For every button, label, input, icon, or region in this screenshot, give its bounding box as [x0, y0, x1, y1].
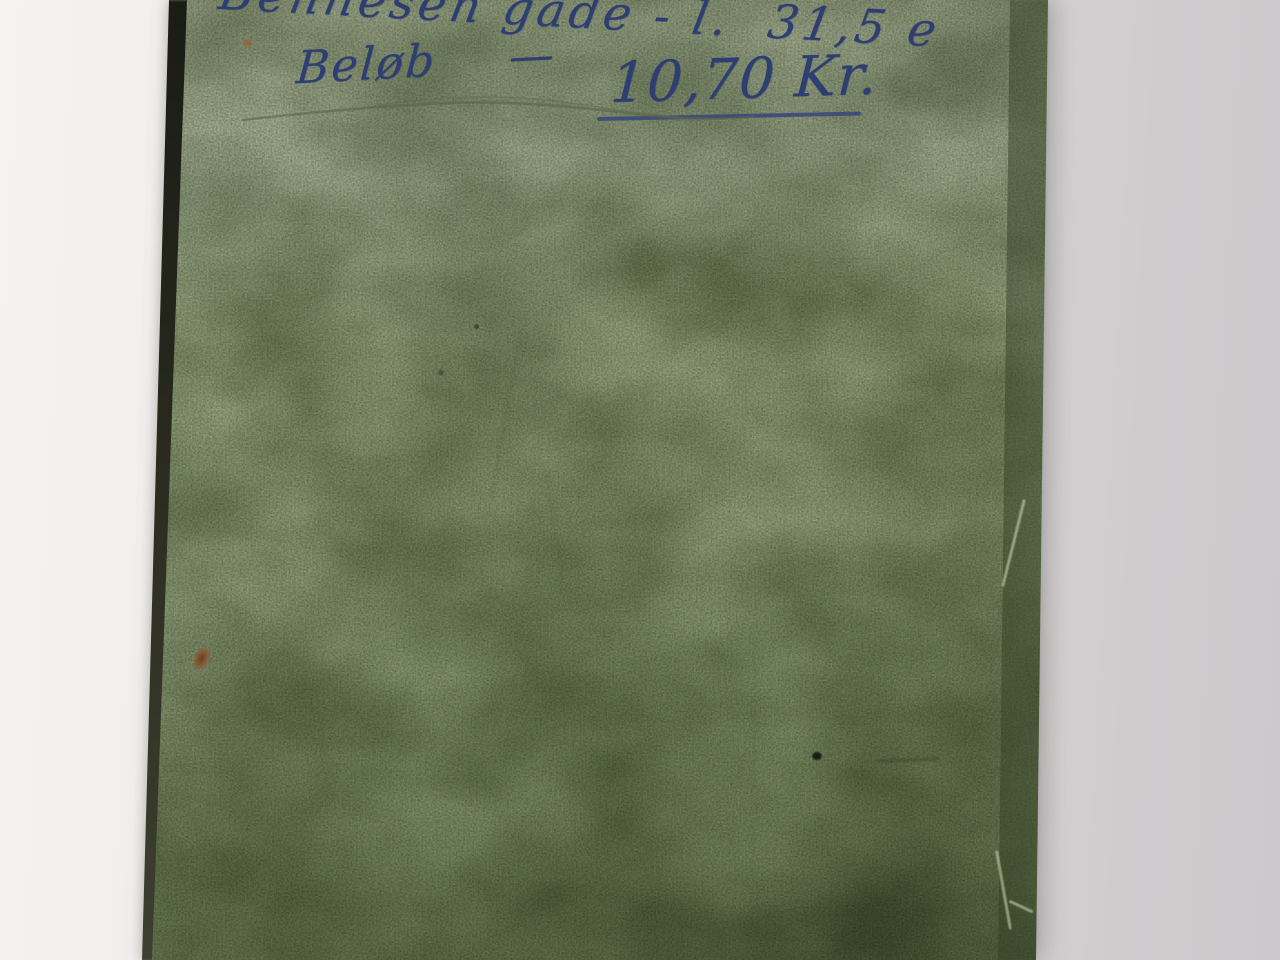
booklet-back-cover: Bennesen gade - l. 31,5 e Beløb — 10,70 … — [0, 0, 1280, 960]
handwriting-group: Bennesen gade - l. 31,5 e Beløb — 10,70 … — [0, 0, 1280, 960]
handwritten-amount-label: Beløb — — [295, 31, 558, 90]
pencil-underline-stroke — [235, 88, 760, 134]
booklet-shadow-wrap: Bennesen gade - l. 31,5 e Beløb — 10,70 … — [0, 0, 1280, 960]
photo-frame: Bennesen gade - l. 31,5 e Beløb — 10,70 … — [0, 0, 1280, 960]
